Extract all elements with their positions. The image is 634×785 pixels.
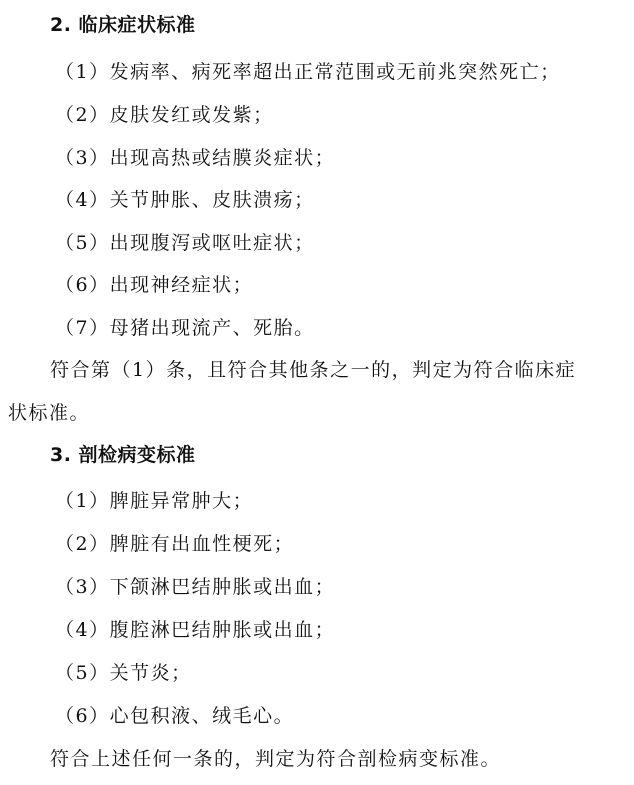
clinical-criterion-6: （6）出现神经症状； xyxy=(55,273,253,297)
clinical-conclusion-line-1: 符合第（1）条，且符合其他条之一的，判定为符合临床症 xyxy=(50,358,576,382)
clinical-criterion-5: （5）出现腹泻或呕吐症状； xyxy=(55,231,315,255)
necropsy-conclusion: 符合上述任何一条的，判定为符合剖检病变标准。 xyxy=(50,747,501,771)
clinical-criterion-3: （3）出现高热或结膜炎症状； xyxy=(55,146,335,170)
necropsy-criterion-6: （6）心包积液、绒毛心。 xyxy=(55,704,294,728)
clinical-conclusion-line-2: 状标准。 xyxy=(8,401,90,425)
necropsy-criterion-3: （3）下颌淋巴结肿胀或出血； xyxy=(55,575,335,599)
clinical-criterion-1: （1）发病率、病死率超出正常范围或无前兆突然死亡； xyxy=(55,60,561,84)
clinical-criterion-2: （2）皮肤发红或发紫； xyxy=(55,103,274,127)
section-3-heading: 3. 剖检病变标准 xyxy=(50,443,196,467)
clinical-criterion-4: （4）关节肿胀、皮肤溃疡； xyxy=(55,188,315,212)
necropsy-criterion-1: （1）脾脏异常肿大； xyxy=(55,489,253,513)
section-2-heading: 2. 临床症状标准 xyxy=(50,13,196,37)
necropsy-criterion-2: （2）脾脏有出血性梗死； xyxy=(55,532,294,556)
clinical-criterion-7: （7）母猪出现流产、死胎。 xyxy=(55,316,315,340)
necropsy-criterion-5: （5）关节炎； xyxy=(55,661,192,685)
necropsy-criterion-4: （4）腹腔淋巴结肿胀或出血； xyxy=(55,618,335,642)
